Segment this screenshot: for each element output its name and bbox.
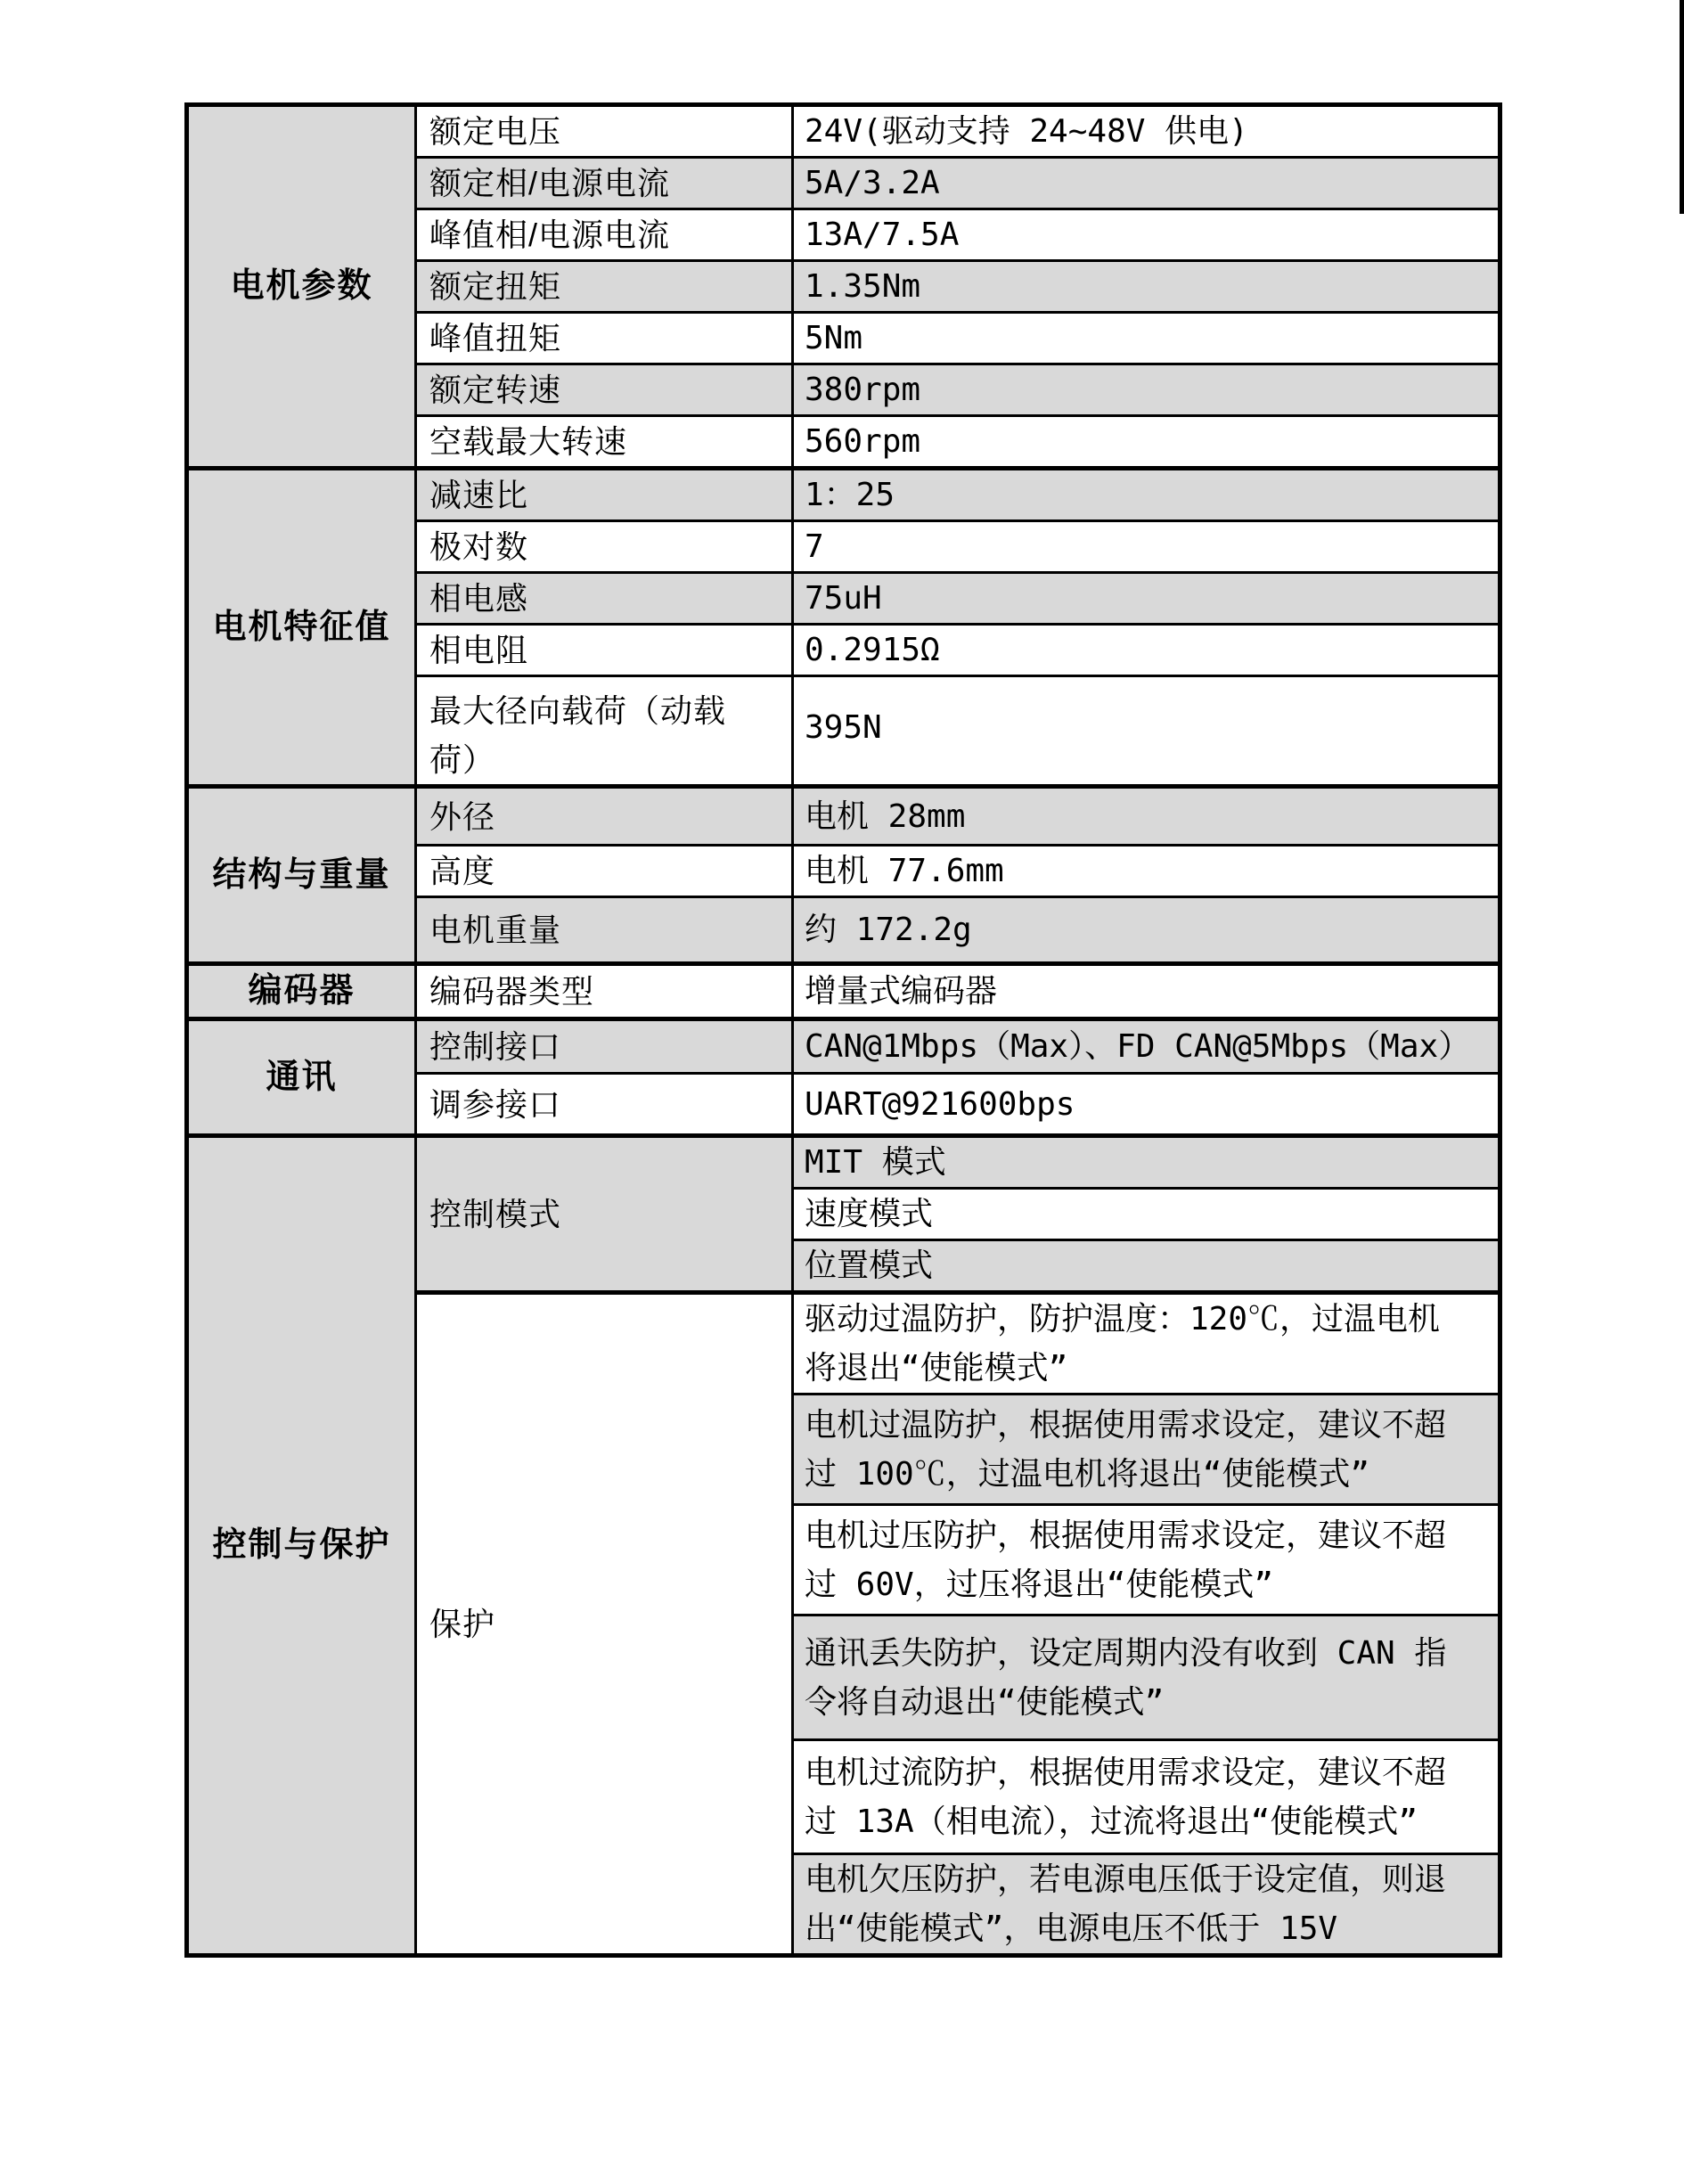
- param-cell: 控制接口: [416, 1019, 793, 1074]
- param-cell: 额定转速: [416, 364, 793, 416]
- param-cell: 控制模式: [416, 1136, 793, 1293]
- value-cell: 电机过压防护，根据使用需求设定，建议不超过 60V，过压将退出“使能模式”: [793, 1505, 1500, 1616]
- param-cell: 额定扭矩: [416, 261, 793, 313]
- spec-table: 电机参数 额定电压 24V(驱动支持 24~48V 供电) 额定相/电源电流 5…: [184, 102, 1502, 1958]
- param-cell: 外径: [416, 787, 793, 846]
- value-cell: 24V(驱动支持 24~48V 供电): [793, 105, 1500, 158]
- value-cell: UART@921600bps: [793, 1074, 1500, 1136]
- value-cell: 电机欠压防护，若电源电压低于设定值，则退出“使能模式”，电源电压不低于 15V: [793, 1854, 1500, 1956]
- value-cell: 约 172.2g: [793, 897, 1500, 964]
- value-cell: 380rpm: [793, 364, 1500, 416]
- param-cell: 空载最大转速: [416, 416, 793, 469]
- category-cell: 结构与重量: [187, 787, 416, 964]
- value-cell: 395N: [793, 676, 1500, 787]
- param-cell: 相电阻: [416, 625, 793, 676]
- category-cell: 电机特征值: [187, 469, 416, 787]
- param-cell: 峰值扭矩: [416, 313, 793, 364]
- value-cell: 0.2915Ω: [793, 625, 1500, 676]
- value-cell: 位置模式: [793, 1240, 1500, 1293]
- param-cell: 最大径向载荷（动载荷）: [416, 676, 793, 787]
- param-cell: 编码器类型: [416, 964, 793, 1019]
- value-cell: 5Nm: [793, 313, 1500, 364]
- category-cell: 电机参数: [187, 105, 416, 469]
- value-cell: 560rpm: [793, 416, 1500, 469]
- page-edge-artifact-line: [1680, 0, 1684, 214]
- param-cell: 调参接口: [416, 1074, 793, 1136]
- param-cell: 极对数: [416, 521, 793, 573]
- value-cell: 75uH: [793, 573, 1500, 625]
- value-cell: 7: [793, 521, 1500, 573]
- value-cell: 电机过温防护，根据使用需求设定，建议不超过 100℃，过温电机将退出“使能模式”: [793, 1395, 1500, 1505]
- category-cell: 通讯: [187, 1019, 416, 1136]
- spec-table-container: 电机参数 额定电压 24V(驱动支持 24~48V 供电) 额定相/电源电流 5…: [184, 102, 1498, 1958]
- category-cell: 编码器: [187, 964, 416, 1019]
- param-cell: 高度: [416, 846, 793, 897]
- value-cell: 通讯丢失防护，设定周期内没有收到 CAN 指令将自动退出“使能模式”: [793, 1616, 1500, 1740]
- value-cell: 电机过流防护，根据使用需求设定，建议不超过 13A（相电流），过流将退出“使能模…: [793, 1740, 1500, 1854]
- param-cell: 相电感: [416, 573, 793, 625]
- value-cell: 速度模式: [793, 1189, 1500, 1240]
- value-cell: CAN@1Mbps（Max）、FD CAN@5Mbps（Max）: [793, 1019, 1500, 1074]
- value-cell: 电机 28mm: [793, 787, 1500, 846]
- value-cell: 5A/3.2A: [793, 158, 1500, 209]
- value-cell: 13A/7.5A: [793, 209, 1500, 261]
- value-cell: 驱动过温防护，防护温度：120℃，过温电机将退出“使能模式”: [793, 1293, 1500, 1395]
- param-cell: 电机重量: [416, 897, 793, 964]
- value-cell: 1.35Nm: [793, 261, 1500, 313]
- value-cell: 1：25: [793, 469, 1500, 521]
- param-cell: 额定电压: [416, 105, 793, 158]
- param-cell: 减速比: [416, 469, 793, 521]
- value-cell: 增量式编码器: [793, 964, 1500, 1019]
- param-cell: 峰值相/电源电流: [416, 209, 793, 261]
- value-cell: MIT 模式: [793, 1136, 1500, 1189]
- value-cell: 电机 77.6mm: [793, 846, 1500, 897]
- category-cell: 控制与保护: [187, 1136, 416, 1956]
- param-cell: 保护: [416, 1293, 793, 1956]
- param-cell: 额定相/电源电流: [416, 158, 793, 209]
